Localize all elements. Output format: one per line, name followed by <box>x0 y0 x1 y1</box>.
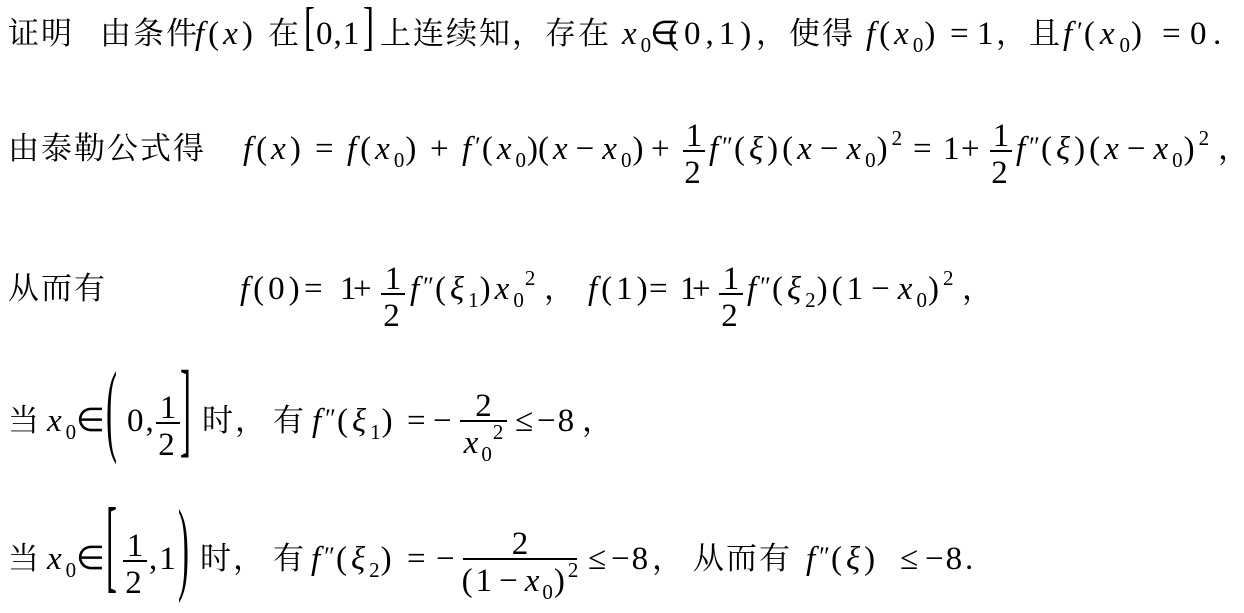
var-x: x <box>375 131 394 167</box>
numerator: 2 <box>475 392 492 420</box>
expr-second-order-term-xi2: f″(ξ2)(1−x0)2 <box>747 269 953 309</box>
period: . <box>965 539 977 579</box>
var-x: x <box>622 16 641 52</box>
paren-close: ) <box>290 131 305 167</box>
numerator: 1 <box>385 265 402 293</box>
plus-sign: + <box>692 269 715 309</box>
denominator: 2 <box>125 562 145 600</box>
value-zero: 0 <box>1190 14 1211 54</box>
expr-f-double-prime-xi2: f″(ξ2) <box>311 539 396 579</box>
fraction-two-over-one-minus-x0-squared: 2 (1−x0)2 <box>463 530 577 598</box>
text-on: 在 <box>268 14 301 54</box>
expr-f-of-x0: f(x0) <box>347 129 420 169</box>
var-x: x <box>846 131 865 167</box>
paren-close: ) <box>924 16 939 52</box>
text-then: 时， <box>200 539 266 579</box>
func-f: f <box>709 131 722 167</box>
less-equal-sign: ≤ <box>588 539 610 579</box>
element-of-sign: ∈ <box>76 401 109 441</box>
comma: ， <box>582 401 615 441</box>
bound-minus-eight: −8 <box>925 539 964 579</box>
paren-close: ) <box>405 131 420 167</box>
text-then: 时， <box>202 401 268 441</box>
var-x0: x0 <box>47 539 77 579</box>
var-x: x <box>894 16 913 52</box>
equals-sign: = <box>407 401 430 441</box>
text-thus-have: 从而有 <box>693 539 792 579</box>
element-of-sign: ∈ <box>76 539 109 579</box>
paren-open: ( <box>538 131 553 167</box>
minus-sign: − <box>433 401 456 441</box>
paren-close: ) <box>632 131 647 167</box>
minus-sign: − <box>1127 131 1150 167</box>
superscript-2: 2 <box>892 126 903 150</box>
subscript-0: 0 <box>1120 33 1132 57</box>
fraction-one-half: 1 2 <box>156 394 180 462</box>
value-one: 1 <box>476 563 496 599</box>
text-thus-have: 从而有 <box>8 269 107 309</box>
expr-f-of-x: f(x) <box>195 14 257 54</box>
denominator: 2 <box>383 295 403 333</box>
paren-close: ) <box>877 131 892 167</box>
func-f: f <box>747 271 760 307</box>
numerator: 1 <box>993 122 1010 150</box>
expr-f-double-prime-xi: f″(ξ) <box>806 539 879 579</box>
expr-second-order-term: f″(ξ)(x−x0)2 <box>709 129 902 169</box>
var-x0: x0 <box>622 14 652 54</box>
text-when: 当 <box>8 539 41 579</box>
double-prime-mark: ″ <box>1029 132 1041 161</box>
expr-f-prime-of-x0: f′(x0) <box>462 129 542 169</box>
equals-sign: = <box>304 269 327 309</box>
denominator: x02 <box>464 422 504 460</box>
subscript-0: 0 <box>481 442 493 466</box>
paren-open: ( <box>462 563 476 599</box>
expr-f-of-x: f(x) <box>243 129 305 169</box>
func-f: f <box>410 271 423 307</box>
fraction-one-half: 1 2 <box>683 122 705 190</box>
func-f: f <box>312 403 325 439</box>
minus-sign: − <box>871 271 894 307</box>
equals-sign: = <box>407 539 430 579</box>
interval-end-one: ,1 <box>149 539 178 579</box>
superscript-2: 2 <box>943 266 954 290</box>
plus-sign: + <box>961 129 984 169</box>
paren-close: ) <box>864 541 879 577</box>
text-such-that: ，使得 <box>756 14 855 54</box>
bracket-open: [ <box>304 0 315 60</box>
subscript-2: 2 <box>369 558 381 582</box>
double-prime-mark: ″ <box>325 404 337 433</box>
var-x: x <box>47 541 66 577</box>
paren-close: ) <box>242 16 257 52</box>
paren-close: ) <box>928 271 943 307</box>
plus-sign: + <box>651 129 674 169</box>
subscript-1: 1 <box>370 420 382 444</box>
open-interval: (0,1) <box>668 14 756 54</box>
plus-sign: + <box>430 129 453 169</box>
var-x: x <box>223 16 242 52</box>
comma: ， <box>962 269 995 309</box>
paren-close: ) <box>289 271 304 307</box>
func-f: f <box>806 541 819 577</box>
comma: ， <box>544 269 577 309</box>
proof-label: 证明 <box>8 14 74 54</box>
denominator: 2 <box>158 424 178 462</box>
argument-one: 1 <box>616 271 637 307</box>
comma: ， <box>652 539 685 579</box>
bound-minus-eight: −8 <box>611 539 650 579</box>
func-f: f <box>347 131 360 167</box>
subscript-0: 0 <box>916 288 928 312</box>
xi-symbol: ξ <box>787 271 805 307</box>
paren-open: ( <box>1089 131 1104 167</box>
bound-minus-eight: −8 <box>537 401 576 441</box>
func-f: f <box>240 271 253 307</box>
xi-symbol: ξ <box>450 271 468 307</box>
superscript-2: 2 <box>568 558 579 582</box>
var-x: x <box>271 131 290 167</box>
var-x: x <box>464 425 482 461</box>
less-equal-sign: ≤ <box>900 539 922 579</box>
equals-sign: = <box>1162 14 1185 54</box>
prime-mark: ′ <box>1077 17 1084 46</box>
value-one: 1 <box>977 14 998 54</box>
superscript-2: 2 <box>493 420 504 444</box>
var-x: x <box>1153 131 1172 167</box>
expr-f-of-0: f(0) <box>240 269 304 309</box>
var-x: x <box>602 131 621 167</box>
big-bracket-open: [ <box>106 485 117 611</box>
var-x: x <box>497 131 516 167</box>
paren-open: ( <box>832 271 847 307</box>
func-f: f <box>311 541 324 577</box>
fraction-two-over-x0-squared: 2 x02 <box>460 392 507 460</box>
bracket-close: ] <box>363 0 374 60</box>
paren-open: ( <box>208 16 223 52</box>
paren-close: ) <box>1131 16 1147 52</box>
equals-sign: = <box>649 269 672 309</box>
paren-open: ( <box>782 131 797 167</box>
paren-close: ) <box>480 271 495 307</box>
xi-symbol: ξ <box>352 403 370 439</box>
func-f: f <box>462 131 475 167</box>
paren-open: ( <box>879 16 894 52</box>
paren-open: ( <box>601 271 616 307</box>
xi-symbol: ξ <box>1056 131 1074 167</box>
expr-f-double-prime-xi1: f″(ξ1) <box>312 401 397 441</box>
paren-open: ( <box>831 541 846 577</box>
text-and: ，且 <box>996 14 1062 54</box>
less-equal-sign: ≤ <box>515 401 537 441</box>
func-f: f <box>1016 131 1029 167</box>
numerator: 1 <box>723 265 740 293</box>
paren-open: ( <box>360 131 375 167</box>
denominator: (1−x0)2 <box>462 560 579 598</box>
xi-symbol: ξ <box>846 541 864 577</box>
paren-close: ) <box>381 541 396 577</box>
paren-open: ( <box>337 403 352 439</box>
var-x: x <box>495 271 514 307</box>
text-continuous-exists: 上连续知，存在 <box>380 14 611 54</box>
subscript-0: 0 <box>394 148 406 172</box>
plus-sign: + <box>353 269 376 309</box>
numerator: 2 <box>512 530 529 558</box>
period: . <box>1213 14 1225 54</box>
paren-open: ( <box>435 271 450 307</box>
text-when: 当 <box>8 401 41 441</box>
var-x: x <box>1104 131 1123 167</box>
fraction-one-half: 1 2 <box>719 265 743 333</box>
equals-sign: = <box>315 129 338 169</box>
expr-second-order-term-xi1: f″(ξ1)x02 <box>410 269 535 309</box>
interval-start-zero: 0, <box>127 401 156 441</box>
xi-symbol: ξ <box>351 541 369 577</box>
func-f: f <box>866 16 879 52</box>
big-bracket-close: ] <box>180 347 191 475</box>
minus-sign: − <box>576 131 599 167</box>
subscript-1: 1 <box>468 288 480 312</box>
equals-sign: = <box>950 14 973 54</box>
subscript-0: 0 <box>516 148 528 172</box>
double-prime-mark: ″ <box>423 272 435 301</box>
comma: ， <box>1218 129 1244 169</box>
paren-open: ( <box>336 541 351 577</box>
denominator: 2 <box>684 152 704 190</box>
numerator: 1 <box>160 394 177 422</box>
double-prime-mark: ″ <box>819 542 831 571</box>
expr-f-prime-of-x0: f′(x0) <box>1063 14 1147 54</box>
minus-sign: − <box>436 539 459 579</box>
value-one: 1 <box>847 271 868 307</box>
paren-close: ) <box>817 271 832 307</box>
expr-f-of-1: f(1) <box>588 269 652 309</box>
paren-open: ( <box>772 271 787 307</box>
closed-interval-body: 0,1 <box>316 14 360 54</box>
var-x0: x0 <box>47 401 77 441</box>
xi-symbol: ξ <box>749 131 767 167</box>
fraction-one-half: 1 2 <box>123 532 147 600</box>
paren-open: ( <box>253 271 268 307</box>
func-f: f <box>1063 16 1077 52</box>
paren-open: ( <box>256 131 271 167</box>
superscript-2: 2 <box>525 266 536 290</box>
text-have: 有 <box>273 401 306 441</box>
paren-close: ) <box>767 131 782 167</box>
argument-zero: 0 <box>268 271 289 307</box>
numerator: 1 <box>127 532 144 560</box>
double-prime-mark: ″ <box>324 542 336 571</box>
minus-sign: − <box>820 131 843 167</box>
func-f: f <box>243 131 256 167</box>
var-x: x <box>525 563 543 599</box>
numerator: 1 <box>686 122 703 150</box>
subscript-0: 0 <box>1172 148 1184 172</box>
subscript-0: 0 <box>913 33 925 57</box>
paren-close: ) <box>1074 131 1089 167</box>
paren-close: ) <box>1184 131 1199 167</box>
func-f: f <box>195 16 208 52</box>
subscript-0: 0 <box>513 288 525 312</box>
var-x: x <box>898 271 917 307</box>
paren-open: ( <box>1041 131 1056 167</box>
fraction-one-half: 1 2 <box>990 122 1012 190</box>
subscript-0: 0 <box>865 148 877 172</box>
expr-second-order-term: f″(ξ)(x−x0)2 <box>1016 129 1209 169</box>
big-paren-close: ) <box>178 487 189 613</box>
subscript-0: 0 <box>621 148 633 172</box>
var-x: x <box>47 403 66 439</box>
fraction-one-half: 1 2 <box>381 265 405 333</box>
subscript-2: 2 <box>805 288 817 312</box>
equals-sign: = <box>913 129 936 169</box>
var-x: x <box>553 131 572 167</box>
var-x: x <box>1100 16 1120 52</box>
prime-mark: ′ <box>475 132 482 161</box>
paren-open: ( <box>1084 16 1100 52</box>
superscript-2: 2 <box>1199 126 1210 150</box>
minus-sign: − <box>499 563 521 599</box>
paren-open: ( <box>734 131 749 167</box>
paren-open: ( <box>482 131 497 167</box>
big-paren-open: ( <box>106 350 117 474</box>
func-f: f <box>588 271 601 307</box>
double-prime-mark: ″ <box>722 132 734 161</box>
double-prime-mark: ″ <box>760 272 772 301</box>
subscript-0: 0 <box>542 580 554 604</box>
expr-f-of-x0: f(x0) <box>866 14 939 54</box>
text-given-condition: 由条件 <box>100 14 199 54</box>
expr-x-minus-x0: (x−x0) <box>538 129 647 169</box>
text-have: 有 <box>273 539 306 579</box>
denominator: 2 <box>991 152 1011 190</box>
var-x: x <box>797 131 816 167</box>
denominator: 2 <box>721 295 741 333</box>
paren-close: ) <box>382 403 397 439</box>
paren-close: ) <box>554 563 568 599</box>
text-by-taylor-formula: 由泰勒公式得 <box>8 129 206 169</box>
